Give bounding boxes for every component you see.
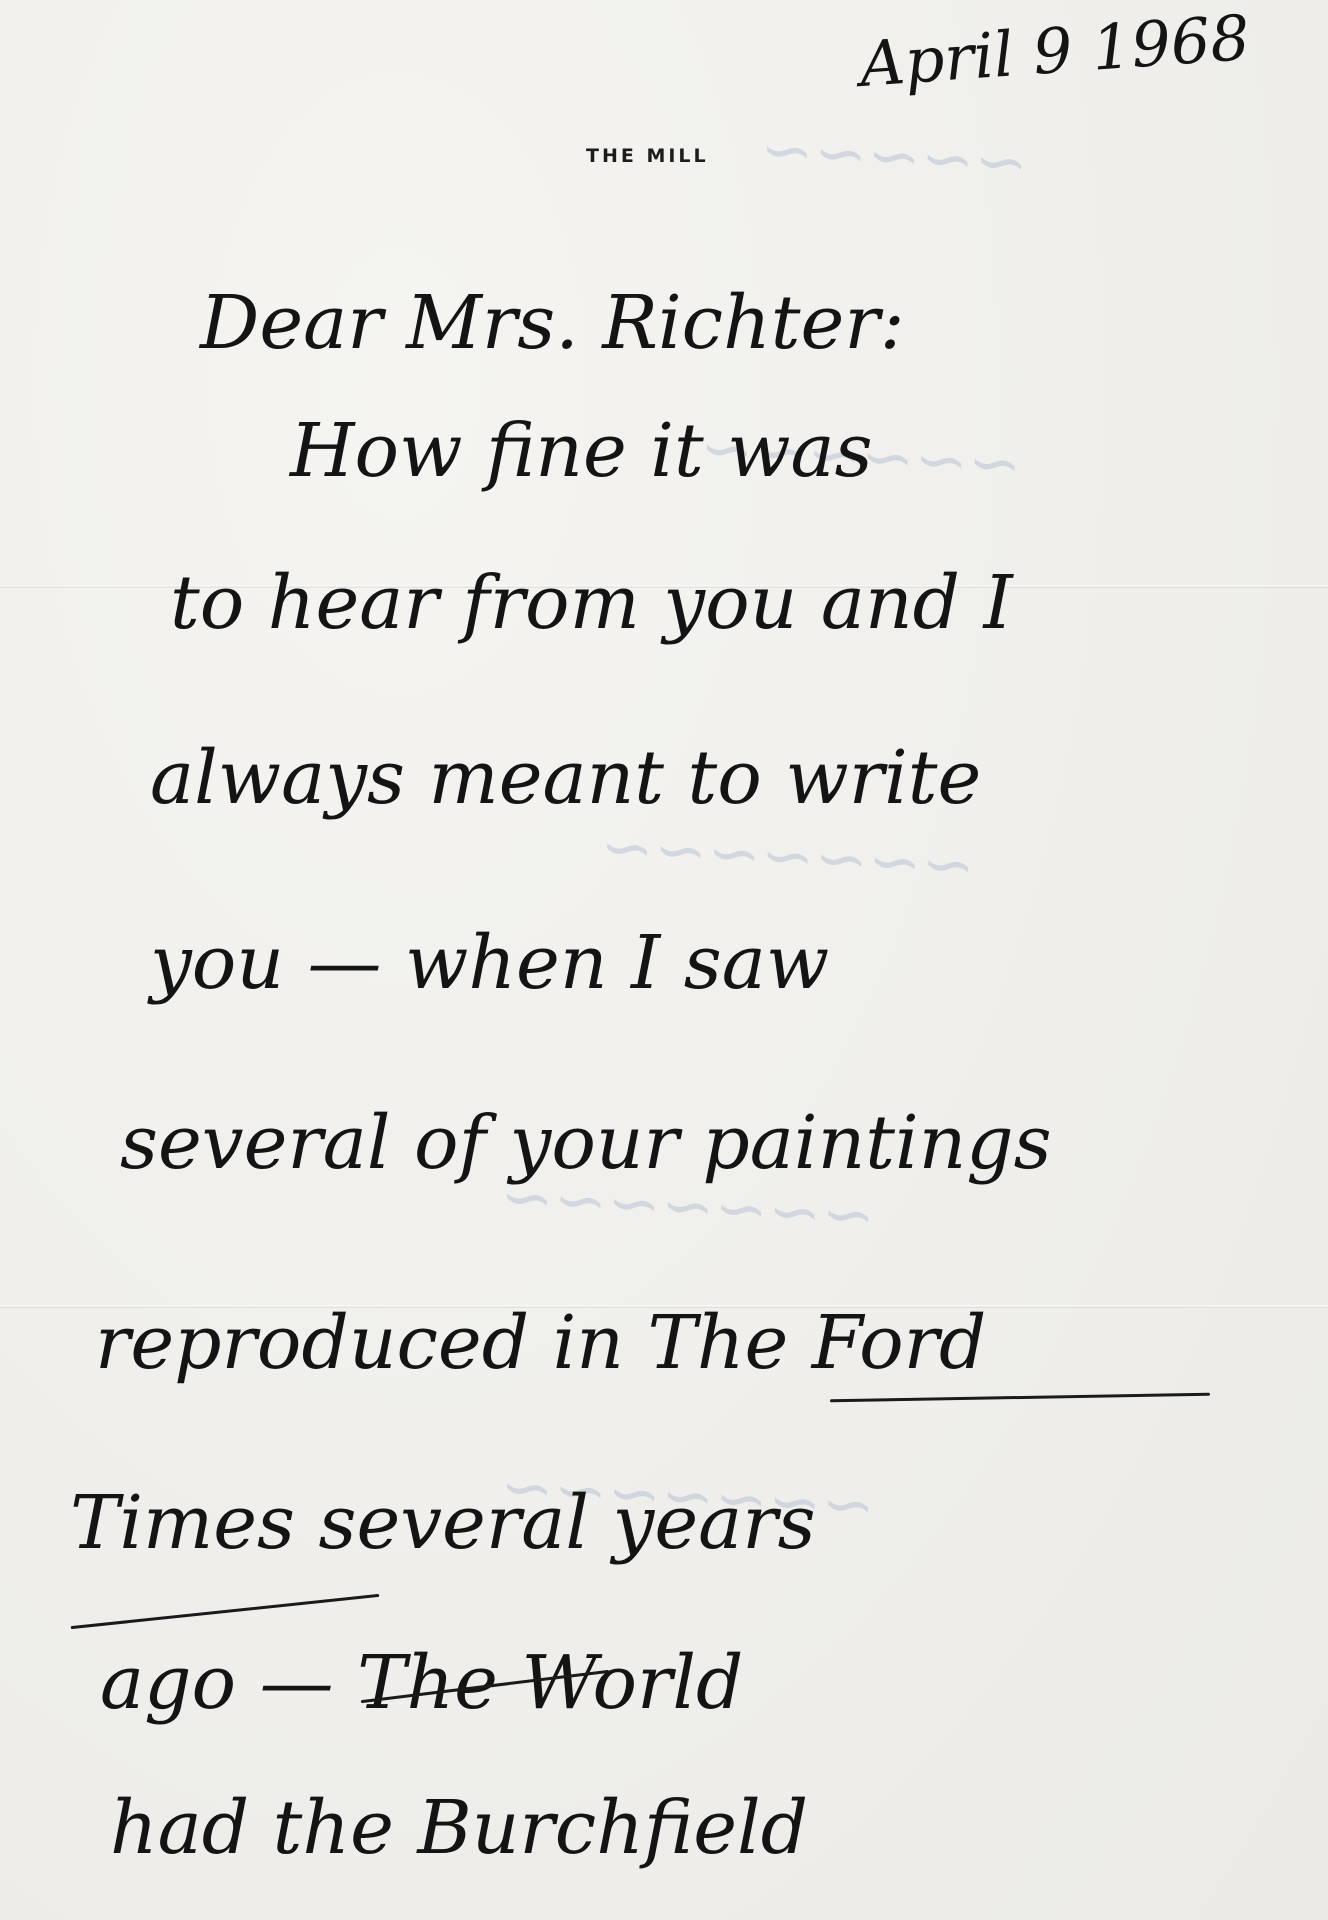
body-line: Times several years (70, 1480, 816, 1566)
body-line: you — when I saw (150, 920, 829, 1006)
body-line: to hear from you and I (170, 560, 1013, 646)
salutation: Dear Mrs. Richter: (200, 280, 905, 366)
body-line: had the Burchfield (110, 1785, 808, 1871)
body-line: always meant to write (150, 735, 981, 821)
body-line: ago — The World (100, 1640, 743, 1726)
body-line: reproduced in The Ford (95, 1300, 986, 1386)
body-line: How fine it was (290, 408, 873, 494)
letterhead: THE MILL (586, 145, 709, 167)
bleed-through-text: ~~~~~ (758, 113, 1030, 201)
body-line: several of your paintings (120, 1100, 1052, 1186)
